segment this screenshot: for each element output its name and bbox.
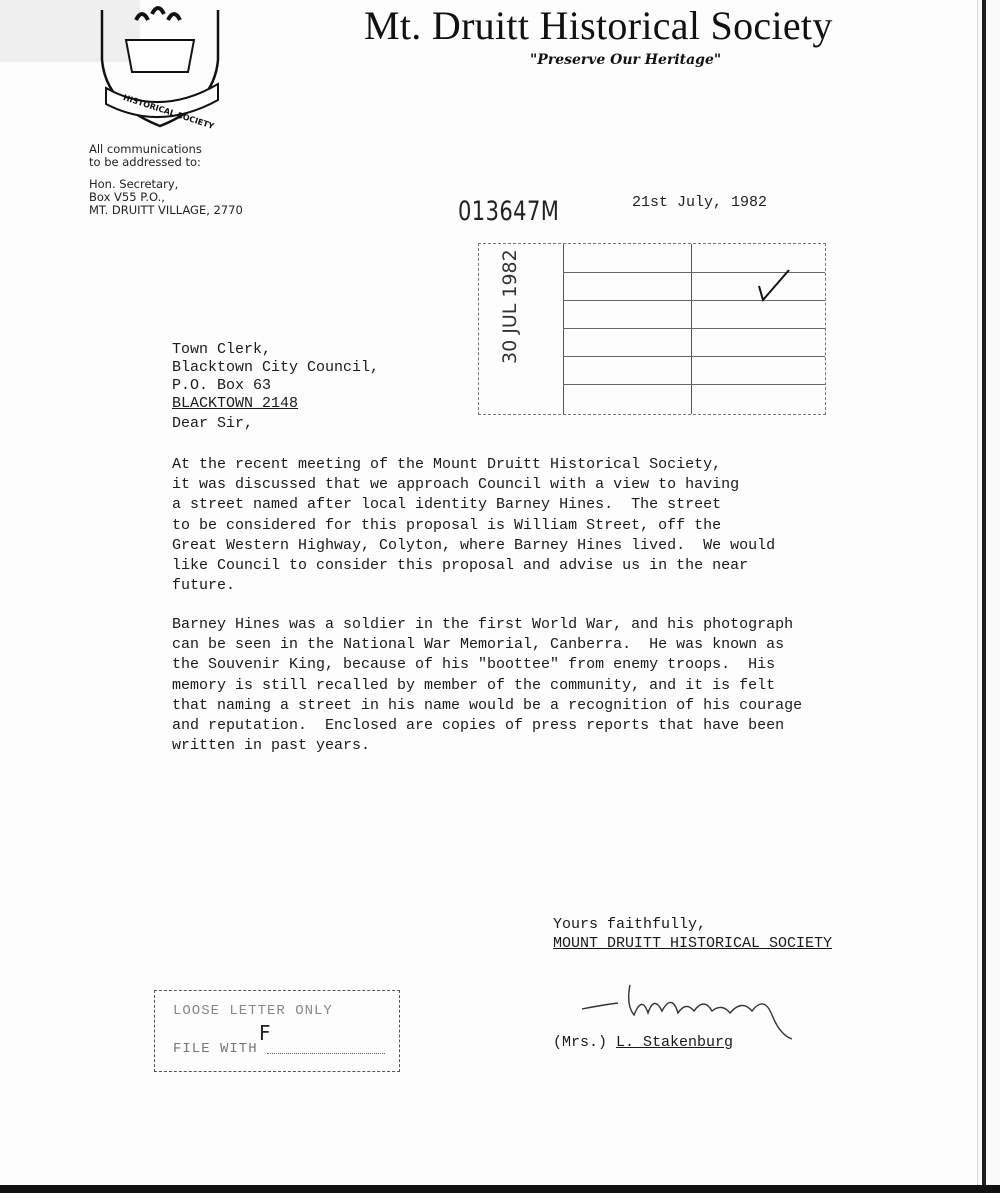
body-paragraph: Barney Hines was a soldier in the first … bbox=[172, 615, 892, 756]
signer-prefix: (Mrs.) bbox=[553, 1034, 616, 1051]
valediction: Yours faithfully, bbox=[553, 915, 832, 934]
received-date: 30 JUL 1982 bbox=[499, 249, 521, 364]
scan-border-bottom bbox=[0, 1185, 1000, 1193]
return-address: All communications to be addressed to: H… bbox=[89, 143, 243, 217]
recipient-line: P.O. Box 63 bbox=[172, 377, 379, 395]
recipient-line: Town Clerk, bbox=[172, 341, 379, 359]
organization-motto: "Preserve Our Heritage" bbox=[530, 52, 721, 68]
society-crest-icon: HISTORICAL SOCIETY bbox=[96, 0, 224, 130]
organization-title: Mt. Druitt Historical Society bbox=[364, 2, 833, 49]
signer-name: L. Stakenburg bbox=[616, 1034, 733, 1051]
address-line: to be addressed to: bbox=[89, 156, 243, 169]
file-stamp: LOOSE LETTER ONLY FILE WITH F bbox=[154, 990, 400, 1072]
file-stamp-annotation: F bbox=[259, 1021, 271, 1045]
file-stamp-line: LOOSE LETTER ONLY bbox=[173, 1003, 333, 1019]
file-stamp-line: FILE WITH bbox=[173, 1041, 258, 1057]
body-paragraph: At the recent meeting of the Mount Druit… bbox=[172, 455, 892, 596]
closing-block: Yours faithfully, MOUNT DRUITT HISTORICA… bbox=[553, 915, 832, 953]
salutation: Dear Sir, bbox=[172, 415, 253, 432]
page-edge bbox=[977, 0, 1000, 1193]
letter-date: 21st July, 1982 bbox=[632, 194, 767, 211]
address-line: MT. DRUITT VILLAGE, 2770 bbox=[89, 204, 243, 217]
recipient-address: Town Clerk, Blacktown City Council, P.O.… bbox=[172, 341, 379, 413]
reference-number: 013647M bbox=[458, 196, 559, 227]
recipient-line: BLACKTOWN 2148 bbox=[172, 395, 379, 413]
closing-organization: MOUNT DRUITT HISTORICAL SOCIETY bbox=[553, 934, 832, 953]
checkmark-icon bbox=[755, 264, 795, 304]
signer: (Mrs.) L. Stakenburg bbox=[553, 1034, 733, 1051]
file-stamp-blank bbox=[267, 1043, 385, 1054]
recipient-line: Blacktown City Council, bbox=[172, 359, 379, 377]
scan-border bbox=[982, 0, 986, 1186]
